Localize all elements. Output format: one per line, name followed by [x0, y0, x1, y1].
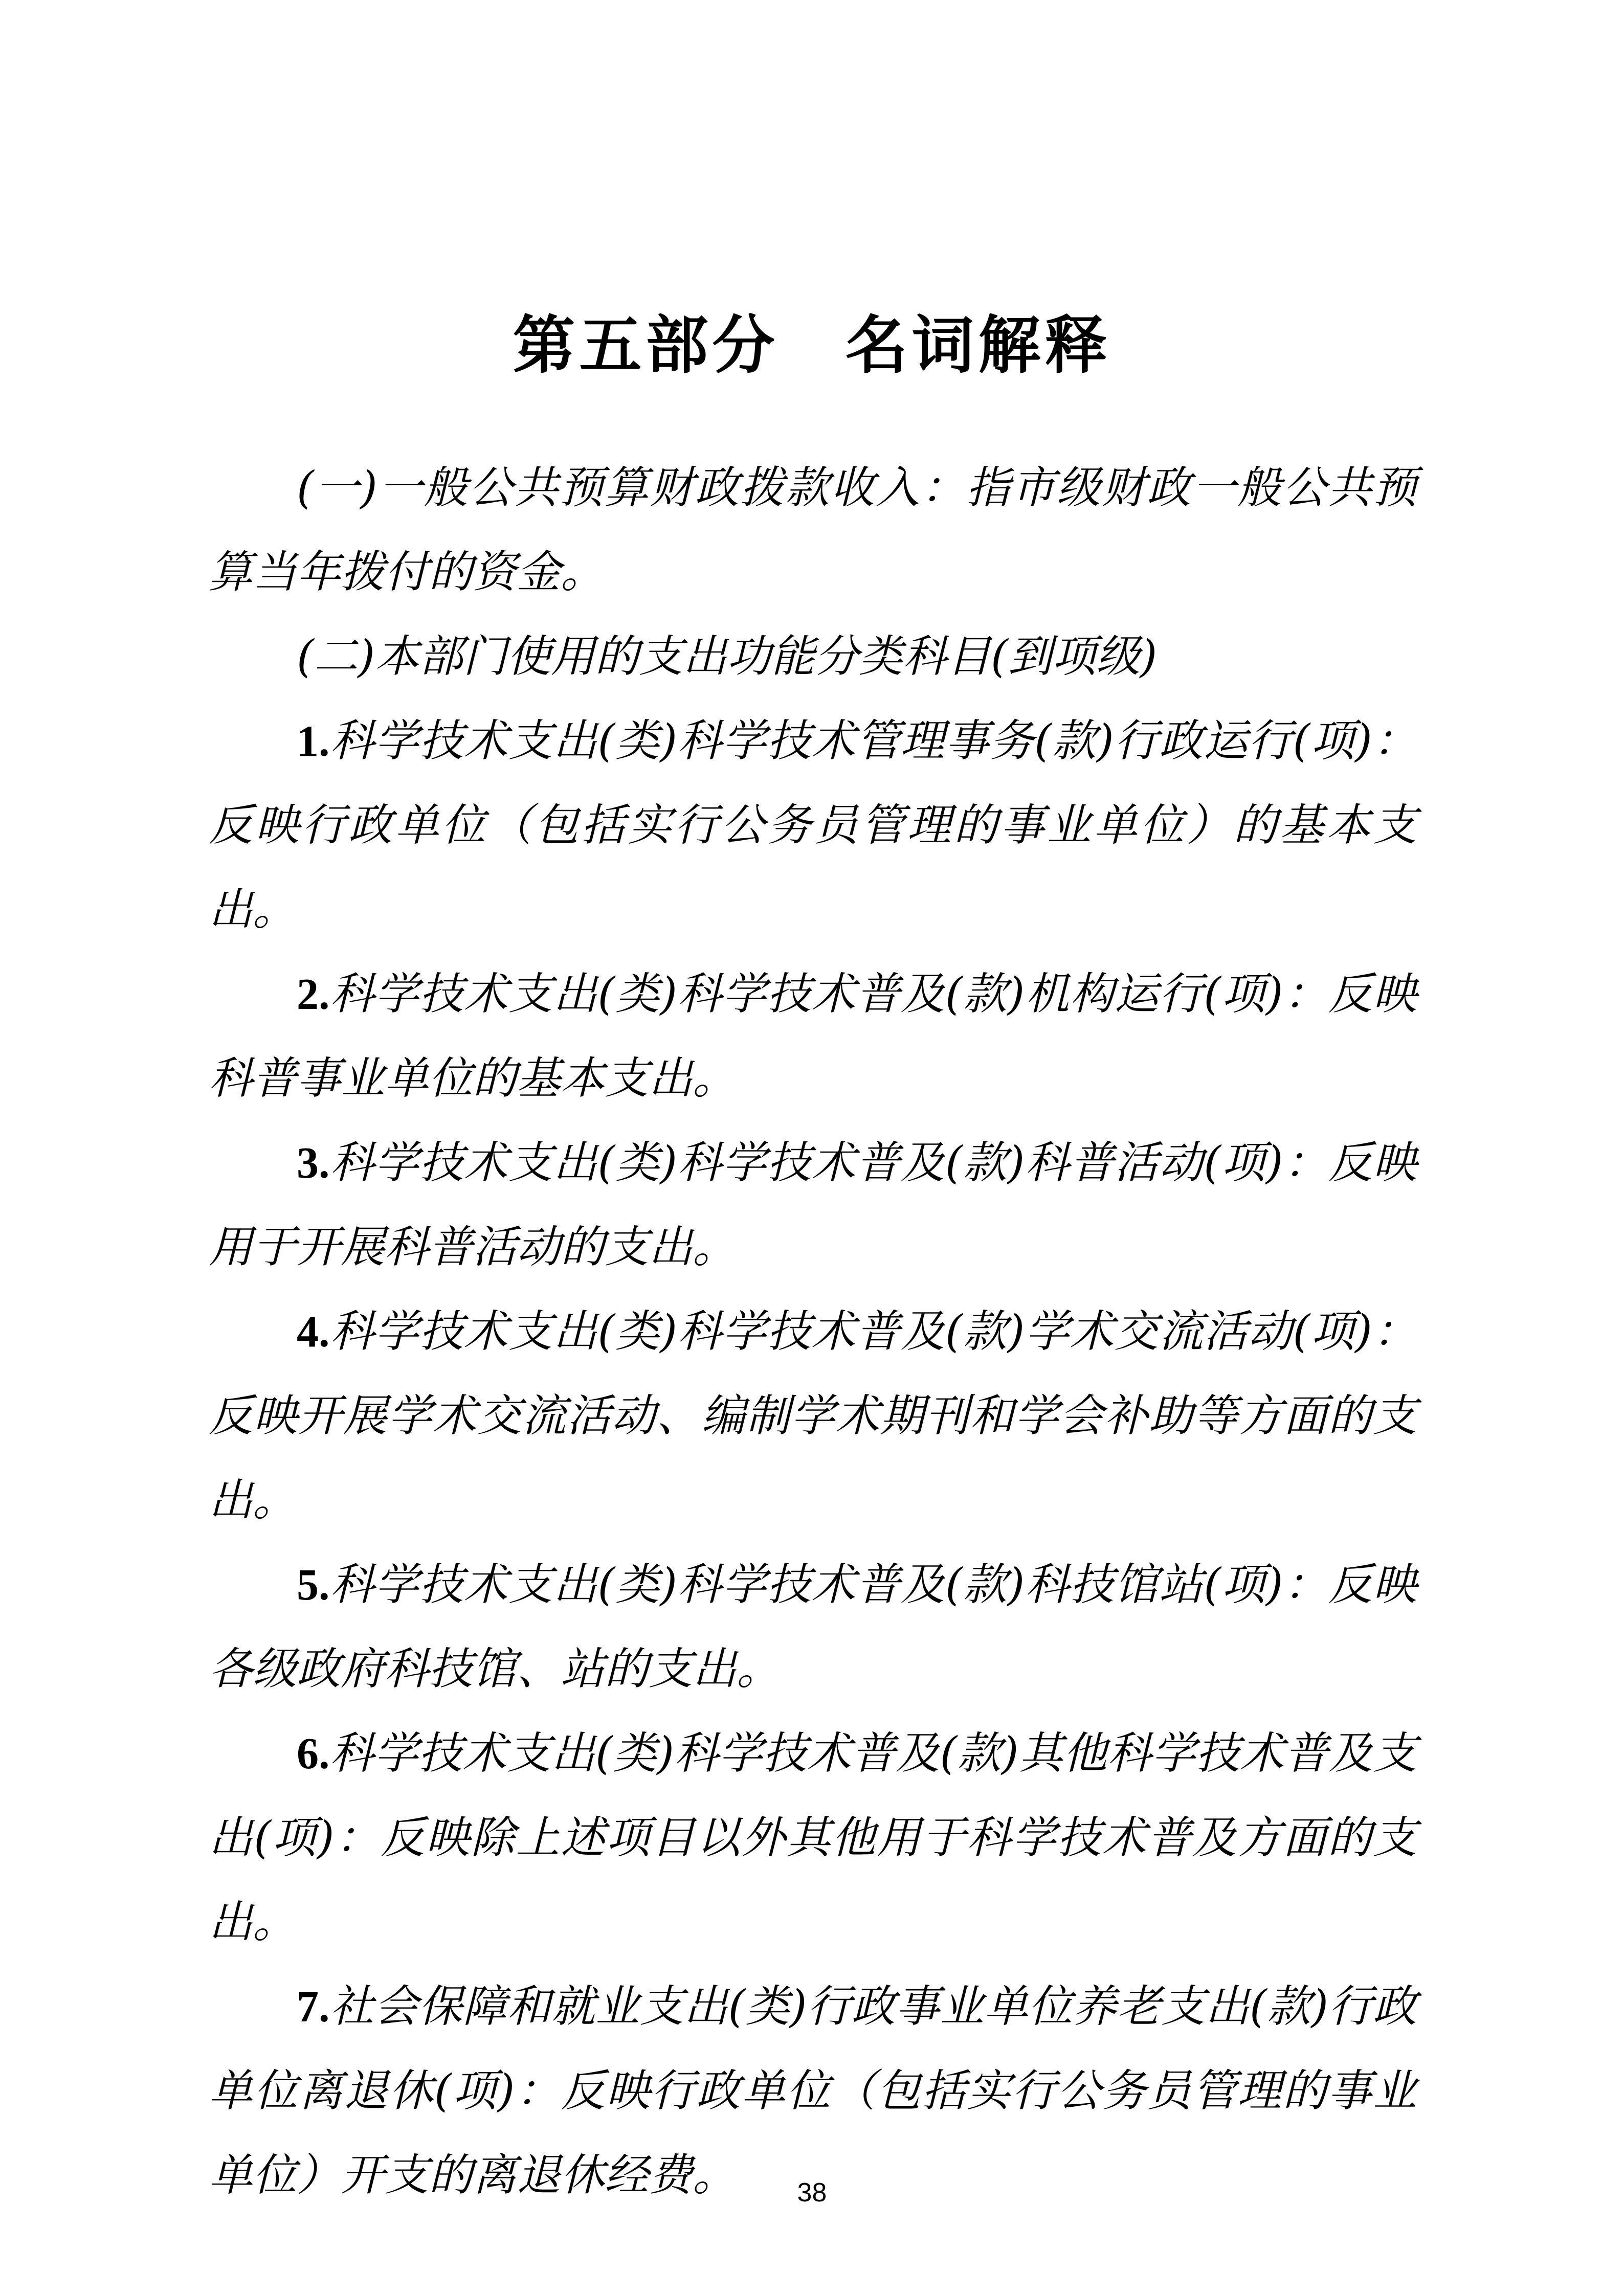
- paragraph-number: 1.: [297, 716, 330, 766]
- paragraph-number: 3.: [297, 1138, 330, 1187]
- paragraph-item-5: 5.科学技术支出(类)科学技术普及(款)科技馆站(项)：反映各级政府科技馆、站的…: [209, 1543, 1417, 1712]
- paragraph-item-3: 3.科学技术支出(类)科学技术普及(款)科普活动(项)：反映用于开展科普活动的支…: [209, 1121, 1417, 1290]
- paragraph-item-2: 2.科学技术支出(类)科学技术普及(款)机构运行(项)：反映科普事业单位的基本支…: [209, 952, 1417, 1121]
- paragraph-general-budget-income: (一)一般公共预算财政拨款收入：指市级财政一般公共预算当年拨付的资金。: [209, 446, 1417, 615]
- paragraph-number: 2.: [297, 970, 330, 1019]
- document-body: (一)一般公共预算财政拨款收入：指市级财政一般公共预算当年拨付的资金。 (二)本…: [209, 446, 1417, 2218]
- paragraph-number: 7.: [297, 1982, 330, 2031]
- paragraph-text: 科学技术支出(类)科学技术普及(款)其他科学技术普及支出(项)：反映除上述项目以…: [209, 1728, 1417, 1948]
- paragraph-item-1: 1.科学技术支出(类)科学技术管理事务(款)行政运行(项)：反映行政单位（包括实…: [209, 699, 1417, 952]
- paragraph-number: 4.: [297, 1307, 330, 1356]
- paragraph-item-4: 4.科学技术支出(类)科学技术普及(款)学术交流活动(项)：反映开展学术交流活动…: [209, 1290, 1417, 1543]
- paragraph-text: 科学技术支出(类)科学技术普及(款)科普活动(项)：反映用于开展科普活动的支出。: [209, 1137, 1417, 1273]
- paragraph-text: (二)本部门使用的支出功能分类科目(到项级): [297, 631, 1157, 682]
- page-title: 第五部分 名词解释: [0, 305, 1624, 386]
- page-number: 38: [0, 2177, 1624, 2208]
- paragraph-item-6: 6.科学技术支出(类)科学技术普及(款)其他科学技术普及支出(项)：反映除上述项…: [209, 1712, 1417, 1965]
- paragraph-text: 社会保障和就业支出(类)行政事业单位养老支出(款)行政单位离退休(项)：反映行政…: [209, 1981, 1417, 2201]
- paragraph-number: 6.: [297, 1729, 330, 1778]
- paragraph-expenditure-classification: (二)本部门使用的支出功能分类科目(到项级): [209, 615, 1417, 699]
- paragraph-text: 科学技术支出(类)科学技术管理事务(款)行政运行(项)：反映行政单位（包括实行公…: [209, 715, 1417, 935]
- paragraph-text: 科学技术支出(类)科学技术普及(款)学术交流活动(项)：反映开展学术交流活动、编…: [209, 1306, 1417, 1526]
- paragraph-text: (一)一般公共预算财政拨款收入：指市级财政一般公共预算当年拨付的资金。: [209, 462, 1417, 598]
- paragraph-text: 科学技术支出(类)科学技术普及(款)机构运行(项)：反映科普事业单位的基本支出。: [209, 969, 1417, 1104]
- paragraph-number: 5.: [297, 1560, 330, 1609]
- paragraph-text: 科学技术支出(类)科学技术普及(款)科技馆站(项)：反映各级政府科技馆、站的支出…: [209, 1559, 1417, 1695]
- document-page: 第五部分 名词解释 (一)一般公共预算财政拨款收入：指市级财政一般公共预算当年拨…: [0, 0, 1624, 2296]
